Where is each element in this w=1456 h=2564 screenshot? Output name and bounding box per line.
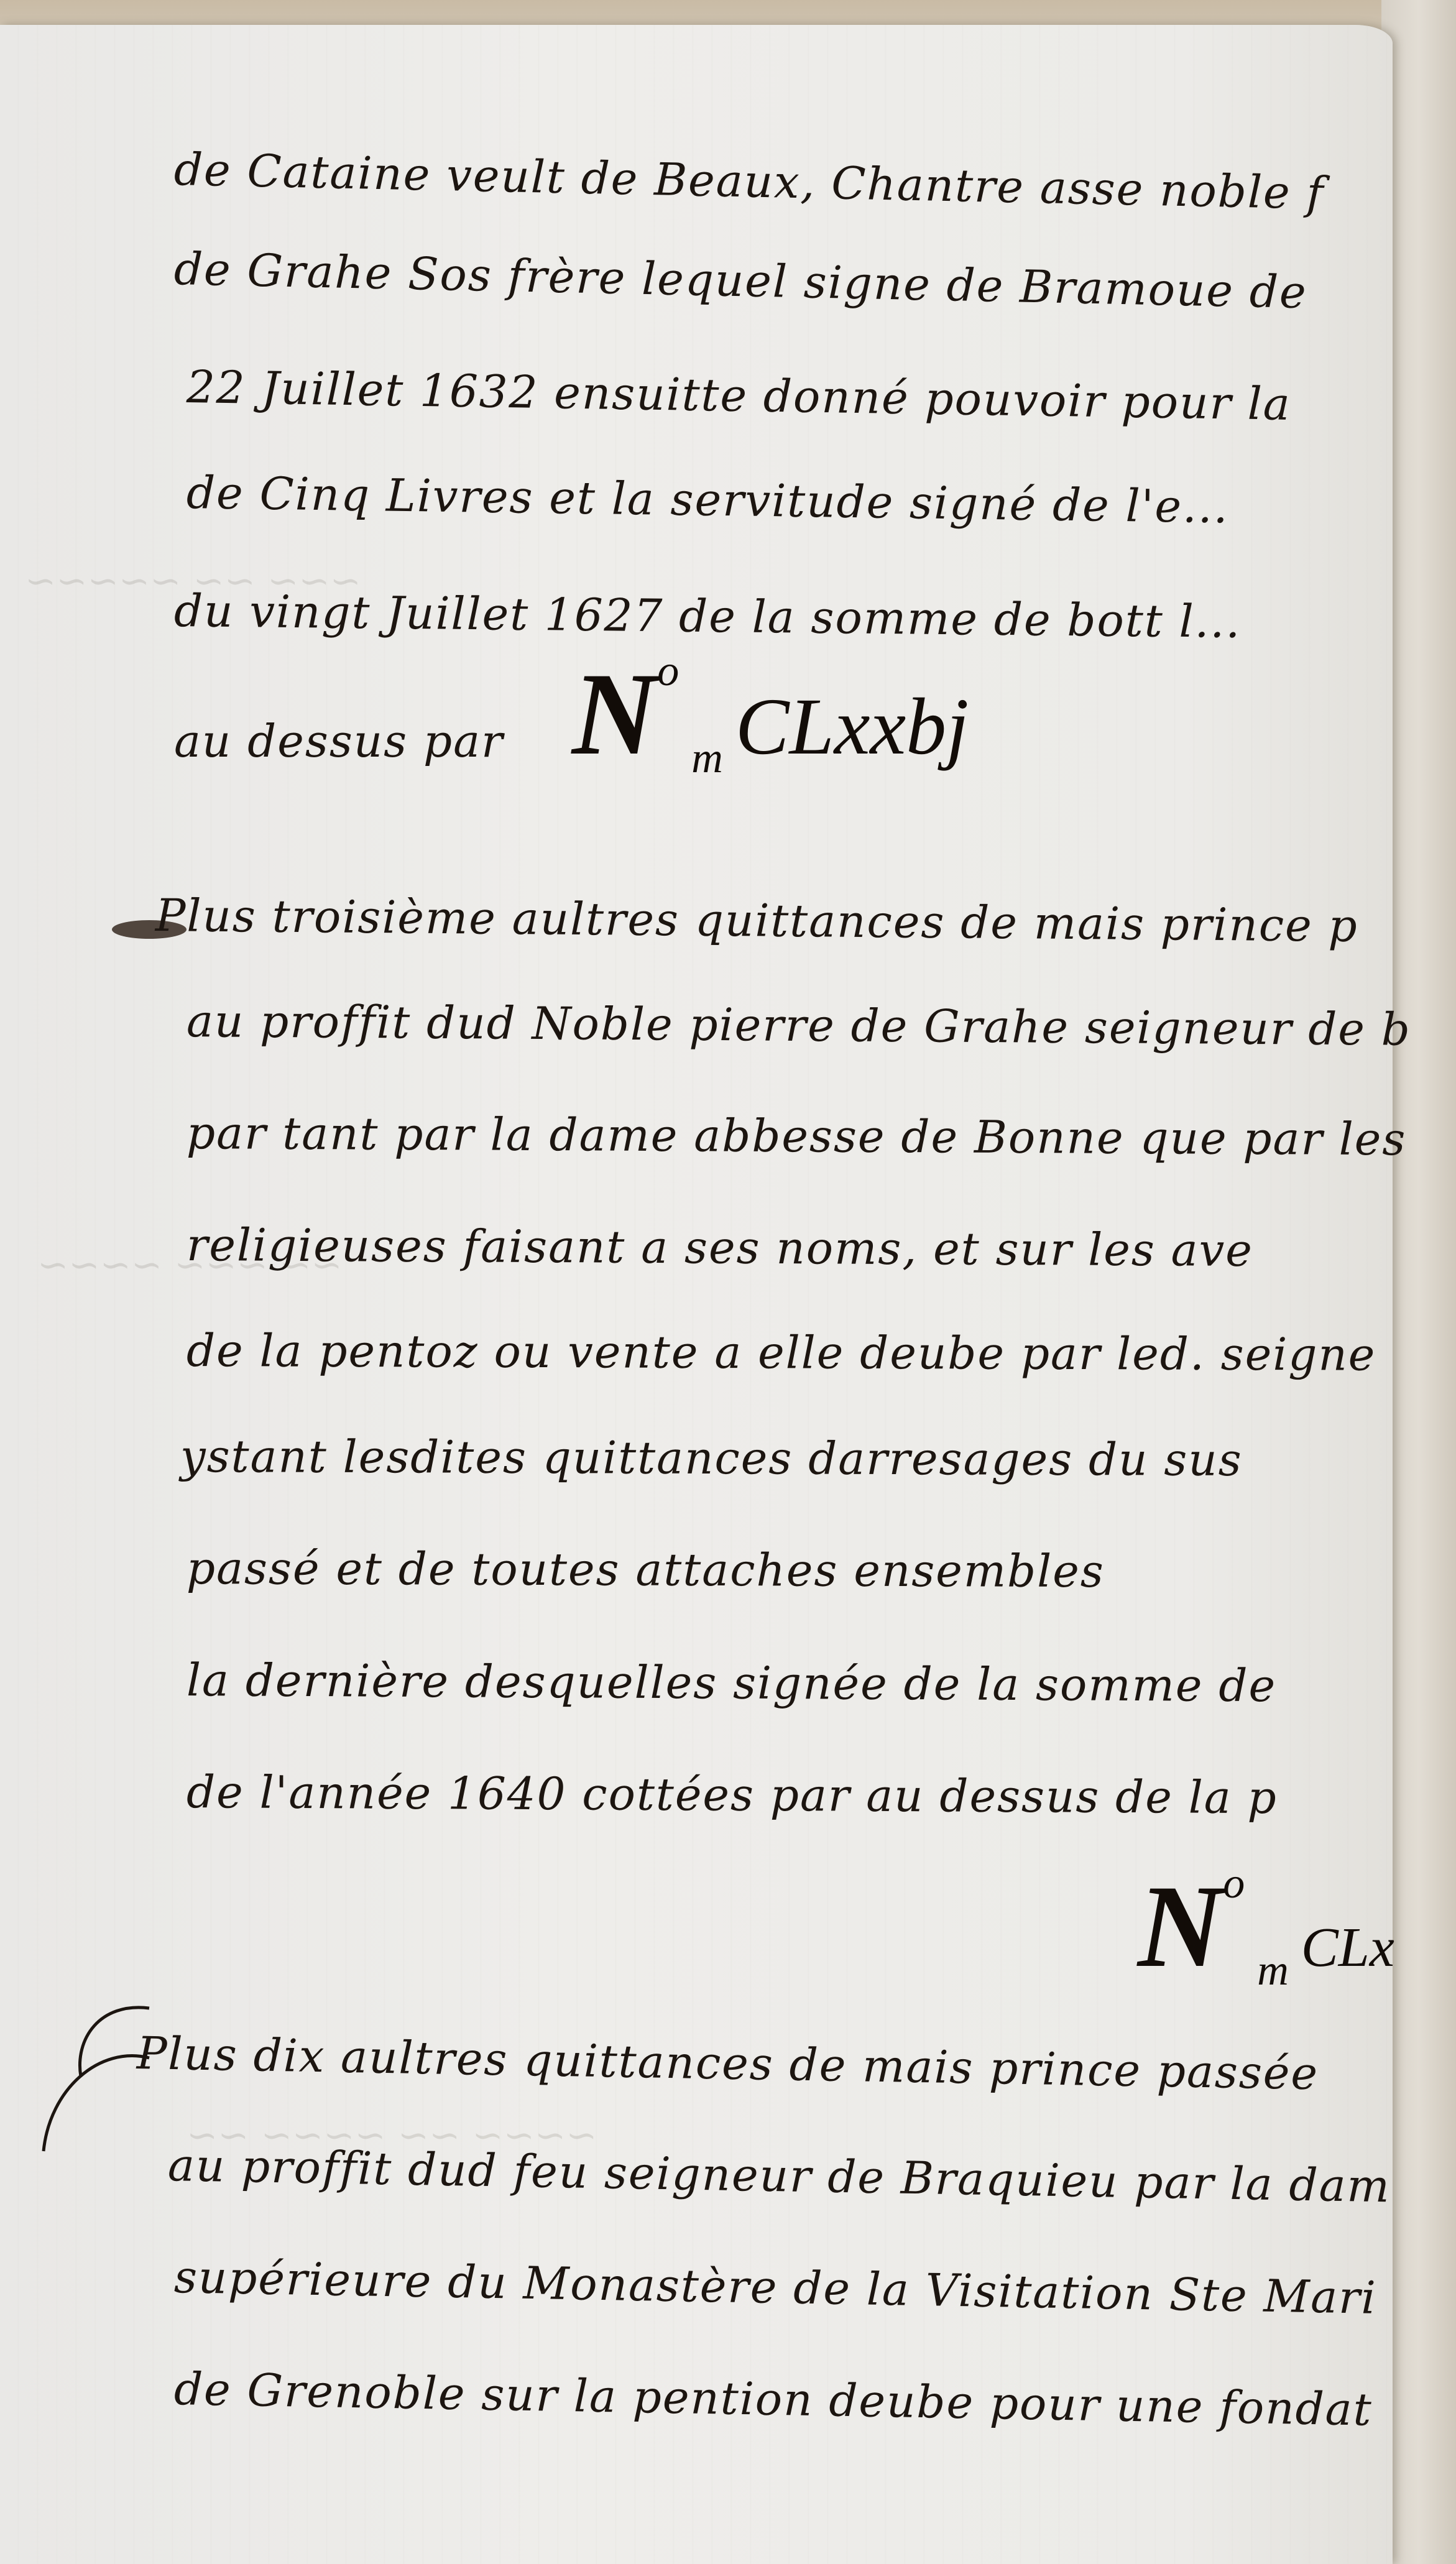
initial-flourish: [25, 1990, 187, 2176]
reference-number: NomCLxxbj: [572, 647, 969, 783]
text-line: passé et de toutes attaches ensembles: [187, 1542, 1105, 1597]
ref-subscript: m: [1257, 1947, 1289, 1994]
ref-numeral: CLx: [1301, 1917, 1394, 1978]
text-line: religieuses faisant a ses noms, et sur l…: [187, 1219, 1253, 1276]
text-line: supérieure du Monastère de la Visitation…: [173, 2251, 1377, 2324]
reference-number: NomCLx: [1138, 1859, 1394, 1996]
text-line: au proffit dud feu seigneur de Braquieu …: [167, 2139, 1391, 2212]
text-line: au dessus par: [174, 715, 504, 767]
text-line: de Cataine veult de Beaux, Chantre asse …: [173, 143, 1325, 219]
manuscript-page: ~~~ ~~ ~~~~~ ~~ ~~~ ~~~~ ~~~~ ~~ ~~~~ ~~…: [0, 25, 1393, 2564]
ref-superscript: o: [657, 647, 679, 695]
ref-superscript: o: [1223, 1860, 1245, 1907]
ref-numeral: CLxxbj: [735, 682, 969, 772]
text-line: Plus troisième aultres quittances de mai…: [155, 889, 1358, 952]
text-line: de Cinq Livres et la servitude signé de …: [186, 466, 1229, 533]
photo-backdrop-right: [1381, 0, 1456, 2564]
text-line: de Grahe Sos frère lequel signe de Bramo…: [173, 242, 1307, 318]
text-line: du vingt Juillet 1627 de la somme de bot…: [174, 584, 1242, 648]
text-line: la dernière desquelles signée de la somm…: [187, 1654, 1277, 1712]
text-line: 22 Juillet 1632 ensuitte donné pouvoir p…: [186, 361, 1291, 430]
text-line: Plus dix aultres quittances de mais prin…: [136, 2027, 1319, 2100]
ref-subscript: m: [691, 734, 723, 782]
text-line: de Grenoble sur la pention deube pour un…: [173, 2363, 1373, 2436]
text-line: de la pentoz ou vente a elle deube par l…: [187, 1324, 1376, 1381]
ref-prefix: N: [1138, 1861, 1223, 1992]
ref-prefix: N: [572, 649, 657, 780]
text-line: ystant lesdites quittances darresages du…: [180, 1430, 1243, 1486]
text-line: de l'année 1640 cottées par au dessus de…: [187, 1766, 1278, 1824]
text-line: au proffit dud Noble pierre de Grahe sei…: [187, 995, 1412, 1056]
text-line: par tant par la dame abbesse de Bonne qu…: [187, 1107, 1407, 1165]
